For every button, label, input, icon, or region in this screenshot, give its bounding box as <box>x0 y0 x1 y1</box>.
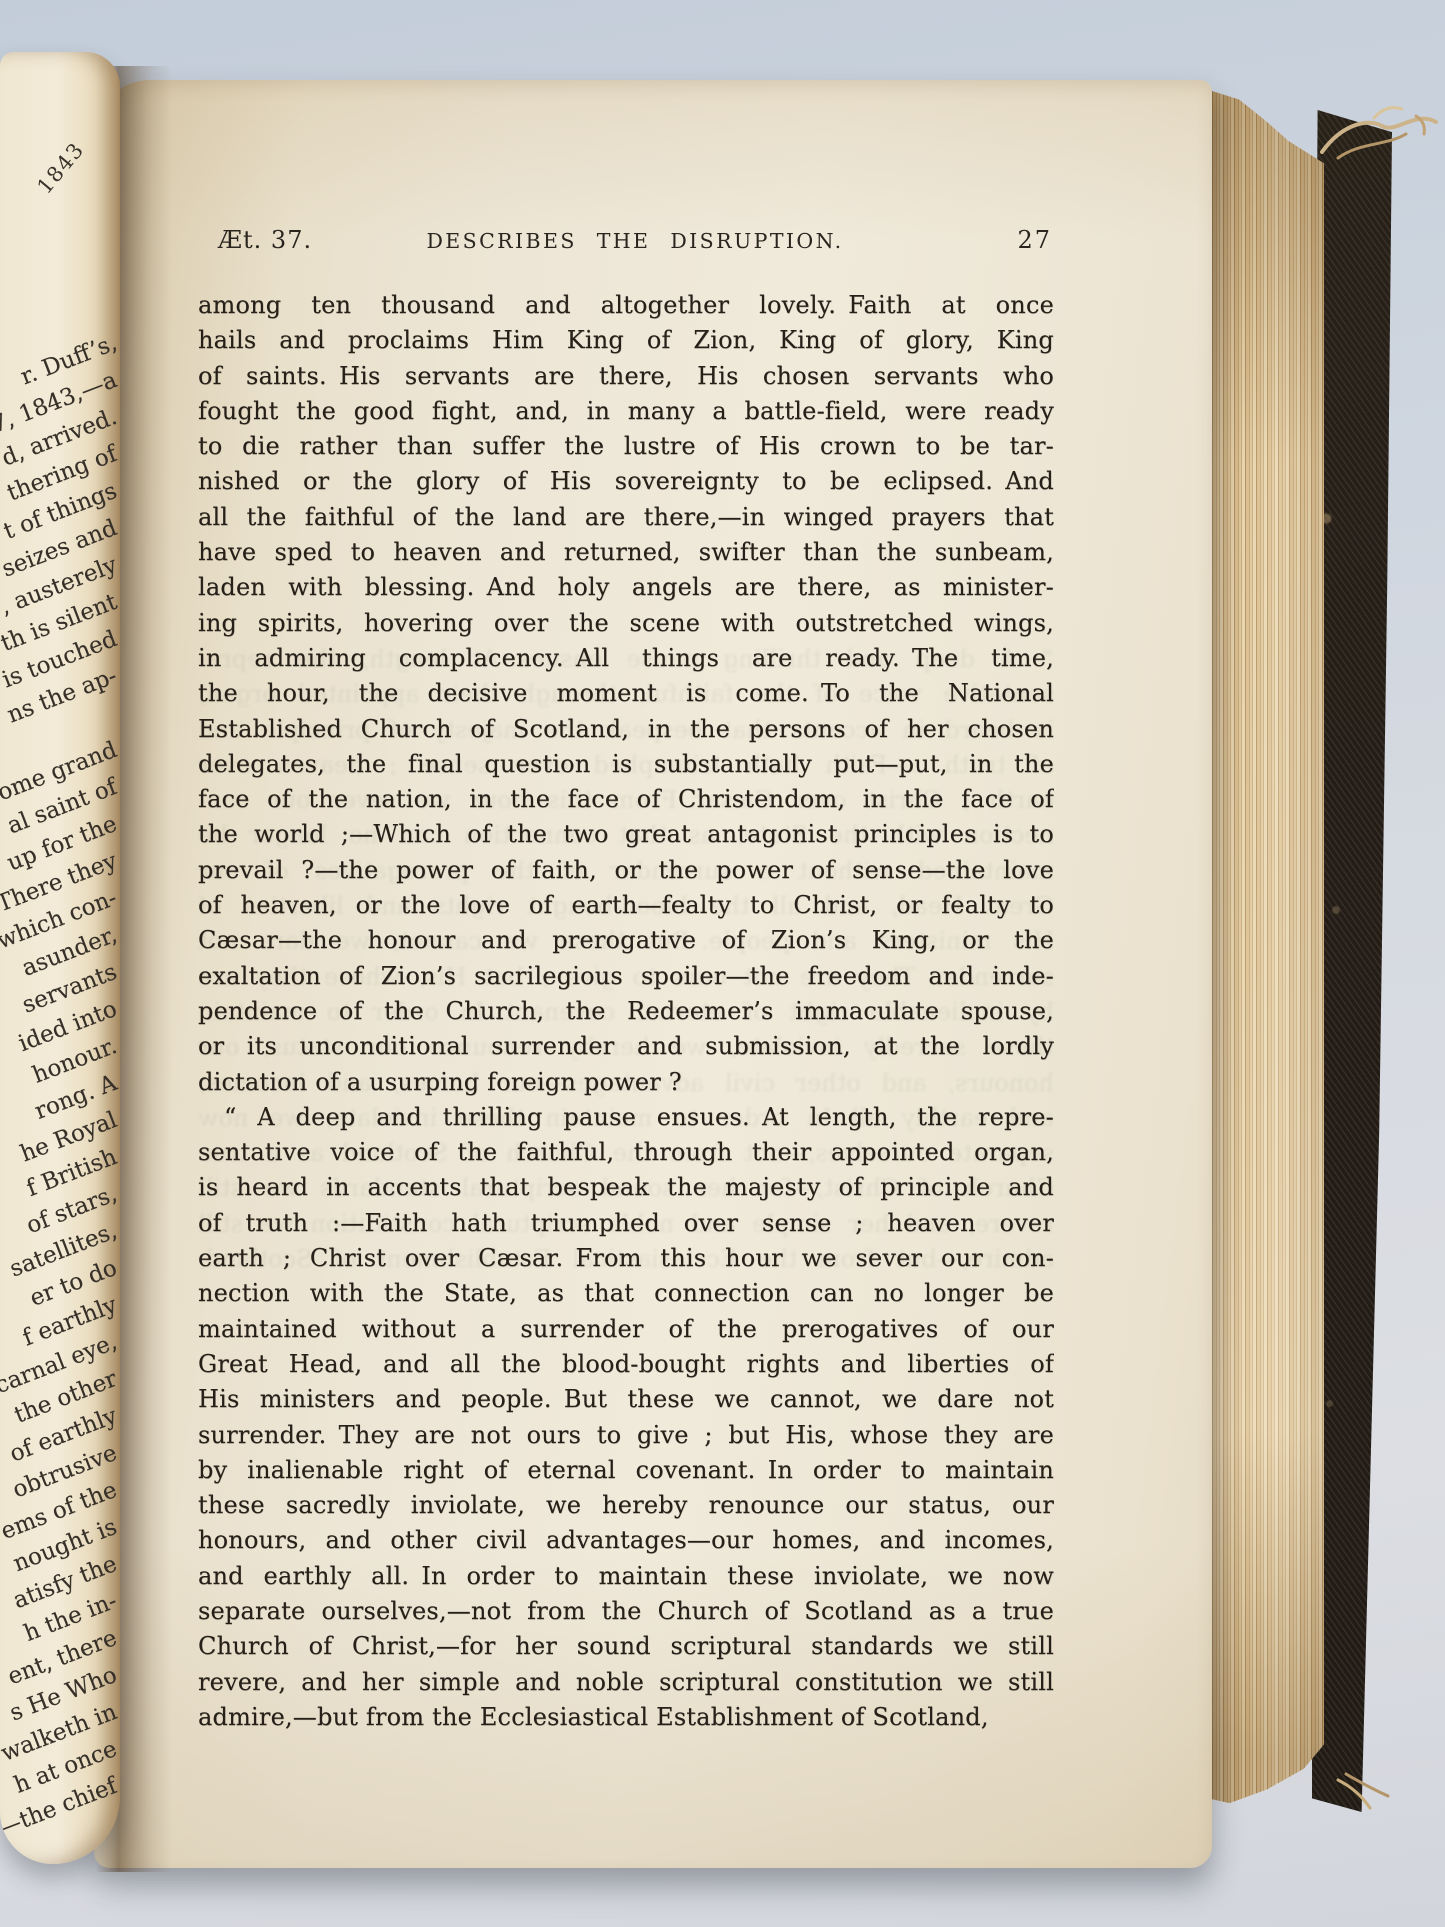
text-line: earth ; Christ over Cæsar. From this hou… <box>198 1241 1054 1276</box>
text-line: separate ourselves,—not from the Church … <box>198 1594 1054 1629</box>
photo-scene: “ A deep and thrilling pause ensues. At … <box>0 0 1445 1927</box>
text-line: have sped to heaven and returned, swifte… <box>198 535 1054 570</box>
book-cover-cloth-edge <box>1312 110 1392 1812</box>
paragraph-1: among ten thousand and altogether lovely… <box>198 288 1054 1100</box>
text-line: of saints. His servants are there, His c… <box>198 359 1054 394</box>
text-line: these sacredly inviolate, we hereby reno… <box>198 1488 1054 1523</box>
header-age-label: Æt. 37. <box>198 226 368 254</box>
text-line: sentative voice of the faithful, through… <box>198 1135 1054 1170</box>
page-fore-edge <box>1206 84 1324 1810</box>
text-line: admire,—but from the Ecclesiastical Esta… <box>198 1700 1054 1735</box>
text-line: maintained without a surrender of the pr… <box>198 1312 1054 1347</box>
text-line: is heard in accents that bespeak the maj… <box>198 1170 1054 1205</box>
text-line: the world ;—Which of the two great antag… <box>198 817 1054 852</box>
text-line: hails and proclaims Him King of Zion, Ki… <box>198 323 1054 358</box>
text-line: the hour, the decisive moment is come. T… <box>198 676 1054 711</box>
text-line: or its unconditional surrender and submi… <box>198 1029 1054 1064</box>
frayed-threads-top-icon <box>1316 90 1445 178</box>
text-line: ing spirits, hovering over the scene wit… <box>198 606 1054 641</box>
text-line: of truth :—Faith hath triumphed over sen… <box>198 1206 1054 1241</box>
left-page-curled-edge: 1843 r. Duff’s,7, 1843,—ad, arrived.ther… <box>0 52 120 1864</box>
text-line: all the faithful of the land are there,—… <box>198 500 1054 535</box>
frayed-threads-bottom-icon <box>1334 1770 1398 1820</box>
text-line: surrender. They are not ours to give ; b… <box>198 1418 1054 1453</box>
text-line: Established Church of Scotland, in the p… <box>198 712 1054 747</box>
left-page-text-fragments: r. Duff’s,7, 1843,—ad, arrived.thering o… <box>0 324 116 1804</box>
header-page-number: 27 <box>902 226 1052 254</box>
text-line: by inalienable right of eternal covenant… <box>198 1453 1054 1488</box>
text-line: honours, and other civil advantages—our … <box>198 1523 1054 1558</box>
text-line: “ A deep and thrilling pause ensues. At … <box>198 1100 1054 1135</box>
text-line: nished or the glory of His sovereignty t… <box>198 464 1054 499</box>
page-header: Æt. 37. DESCRIBES THE DISRUPTION. 27 <box>198 226 1052 254</box>
paragraph-2: “ A deep and thrilling pause ensues. At … <box>198 1100 1054 1735</box>
text-line: exaltation of Zion’s sacrilegious spoile… <box>198 959 1054 994</box>
text-line: fought the good fight, and, in many a ba… <box>198 394 1054 429</box>
text-line: nection with the State, as that connecti… <box>198 1276 1054 1311</box>
text-line: dictation of a usurping foreign power ? <box>198 1065 1054 1100</box>
text-line: Cæsar—the honour and prerogative of Zion… <box>198 923 1054 958</box>
header-running-title: DESCRIBES THE DISRUPTION. <box>368 229 902 253</box>
text-line: Great Head, and all the blood-bought rig… <box>198 1347 1054 1382</box>
text-line: in admiring complacency. All things are … <box>198 641 1054 676</box>
text-line: to die rather than suffer the lustre of … <box>198 429 1054 464</box>
text-line: of heaven, or the love of earth—fealty t… <box>198 888 1054 923</box>
right-page: “ A deep and thrilling pause ensues. At … <box>94 80 1212 1868</box>
page-body-text: among ten thousand and altogether lovely… <box>198 288 1054 1735</box>
text-line: Church of Christ,—for her sound scriptur… <box>198 1629 1054 1664</box>
text-line: His ministers and people. But these we c… <box>198 1382 1054 1417</box>
text-line: face of the nation, in the face of Chris… <box>198 782 1054 817</box>
text-line: pendence of the Church, the Redeemer’s i… <box>198 994 1054 1029</box>
text-line: prevail ?—the power of faith, or the pow… <box>198 853 1054 888</box>
text-line: and earthly all. In order to maintain th… <box>198 1559 1054 1594</box>
text-line: delegates, the final question is substan… <box>198 747 1054 782</box>
text-line: revere, and her simple and noble scriptu… <box>198 1665 1054 1700</box>
left-page-year: 1843 <box>32 138 89 199</box>
text-line: laden with blessing. And holy angels are… <box>198 570 1054 605</box>
text-line: among ten thousand and altogether lovely… <box>198 288 1054 323</box>
